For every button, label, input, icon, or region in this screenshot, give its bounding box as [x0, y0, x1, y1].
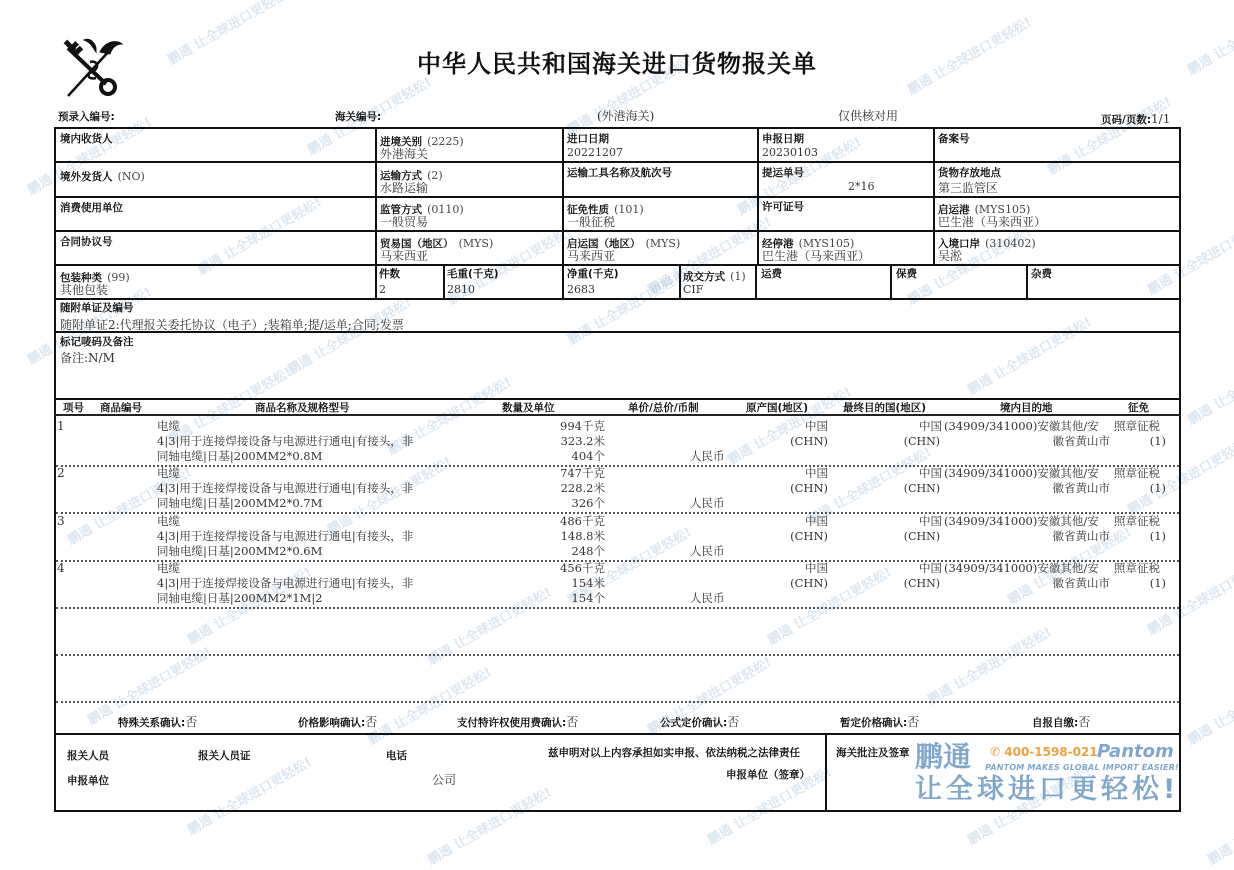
col-levy: 征免	[1128, 400, 1149, 415]
pieces-label: 件数	[379, 266, 400, 281]
brand-tagline: PANTOM MAKES GLOBAL IMPORT EASIER!	[985, 763, 1179, 772]
levy: 照章征税	[1114, 466, 1160, 482]
col-price: 单价/总价/币制	[628, 400, 699, 415]
domestic-dest-2: 徽省黄山市	[990, 576, 1110, 592]
gross-weight-label: 毛重(千克)	[447, 266, 499, 281]
spec-line-2: 同轴电缆|日基|200MM2*1M|2	[157, 591, 323, 607]
page-value: 1/1	[1151, 112, 1170, 126]
pre-entry-no-label: 预录入编号:	[58, 109, 115, 124]
currency: 人民币	[690, 449, 725, 465]
pieces-value: 2	[379, 283, 386, 296]
domestic-dest-2: 徽省黄山市	[990, 529, 1110, 545]
qty-m: 323.2米	[530, 434, 605, 450]
declaring-unit-value: 公司	[432, 771, 456, 788]
levy-code: (1)	[1114, 434, 1166, 450]
verify-note: 仅供核对用	[838, 107, 898, 124]
deal-mode-value: CIF	[683, 283, 703, 296]
import-date-value: 20221207	[567, 146, 623, 159]
declarant-cert-label: 报关人员证	[198, 748, 251, 763]
entry-port-value: 吴淞	[938, 247, 962, 264]
transit-port-value: 巴生港（马来西亚）	[762, 247, 870, 264]
spec-line-1: 4|3|用于连接焊接设备与电源进行通电|有接头，非	[157, 529, 413, 545]
consignor-field: 境外发货人 (NO)	[60, 165, 145, 184]
qty-pcs: 154个	[530, 591, 605, 607]
levy: 照章征税	[1114, 514, 1160, 530]
origin: 中国	[770, 419, 828, 435]
origin-country-value: 马来西亚	[567, 247, 615, 264]
origin: 中国	[770, 466, 828, 482]
gross-weight-value: 2810	[447, 283, 475, 296]
spec-line-1: 4|3|用于连接焊接设备与电源进行通电|有接头，非	[157, 434, 413, 450]
entry-customs-value: 外港海关	[380, 145, 428, 162]
supervision-value: 一般贸易	[380, 213, 428, 230]
levy: 照章征税	[1114, 561, 1160, 577]
qty-m: 148.8米	[530, 529, 605, 545]
legal-statement: 兹申明对以上内容承担如实申报、依法纳税之法律责任	[548, 745, 800, 760]
phone-icon: ✆	[990, 745, 1000, 759]
attached-docs-label: 随附单证及编号	[60, 300, 134, 315]
license-label: 许可证号	[762, 199, 804, 214]
product-name: 电缆	[157, 561, 180, 577]
domestic-dest-2: 徽省黄山市	[990, 434, 1110, 450]
item-no: 3	[57, 514, 65, 528]
brand-name-cn: 鹏通	[915, 742, 971, 772]
qty-kg: 486千克	[530, 514, 605, 530]
spec-line-1: 4|3|用于连接焊接设备与电源进行通电|有接头，非	[157, 576, 413, 592]
currency: 人民币	[690, 591, 725, 607]
qty-kg: 747千克	[530, 466, 605, 482]
confirm-royalty: 支付特许权使用费确认:否	[457, 711, 578, 730]
domestic-dest-1: (34909/341000)安徽其他/安	[944, 466, 1099, 482]
page-indicator: 页码/页数:1/1	[1101, 108, 1170, 127]
transport-mode-value: 水路运输	[380, 179, 428, 196]
qty-m: 154米	[530, 576, 605, 592]
origin-code: (CHN)	[770, 434, 828, 450]
deal-mode-field: 成交方式 (1)	[683, 265, 746, 284]
product-name: 电缆	[157, 514, 180, 530]
col-name-spec: 商品名称及规格型号	[255, 400, 350, 415]
consumer-label: 消费使用单位	[60, 200, 123, 215]
page-label: 页码/页数:	[1101, 114, 1151, 126]
qty-pcs: 404个	[530, 449, 605, 465]
brand-slogan: 让全球进口更轻松!	[915, 775, 1179, 805]
origin-code: (CHN)	[770, 576, 828, 592]
qty-pcs: 248个	[530, 544, 605, 560]
product-name: 电缆	[157, 419, 180, 435]
domestic-dest-1: (34909/341000)安徽其他/安	[944, 514, 1099, 530]
domestic-dest-2: 徽省黄山市	[990, 481, 1110, 497]
freight-label: 运费	[761, 266, 782, 281]
exemption-value: 一般征税	[567, 213, 615, 230]
currency: 人民币	[690, 544, 725, 560]
import-date-label: 进口日期	[567, 131, 609, 146]
bill-no-label: 提运单号	[762, 165, 804, 180]
levy-code: (1)	[1114, 481, 1166, 497]
currency: 人民币	[690, 496, 725, 512]
confirm-provisional-price: 暂定价格确认:否	[840, 711, 919, 730]
qty-kg: 456千克	[530, 561, 605, 577]
record-no-label: 备案号	[938, 131, 970, 146]
package-type-value: 其他包装	[60, 281, 108, 298]
confirm-price-influence: 价格影响确认:否	[298, 711, 377, 730]
brand-name-en: Pantom	[1097, 741, 1174, 762]
misc-fee-label: 杂费	[1031, 266, 1052, 281]
destination-code: (CHN)	[870, 529, 940, 545]
contract-label: 合同协议号	[60, 234, 113, 249]
net-weight-value: 2683	[567, 283, 595, 296]
destination-code: (CHN)	[870, 434, 940, 450]
declare-date-label: 申报日期	[762, 131, 804, 146]
spec-line-2: 同轴电缆|日基|200MM2*0.6M	[157, 544, 322, 560]
destination: 中国	[870, 419, 942, 435]
col-domestic-dest: 境内目的地	[1000, 400, 1053, 415]
marks-value: 备注:N/M	[60, 349, 115, 366]
spec-line-2: 同轴电缆|日基|200MM2*0.7M	[157, 496, 322, 512]
destination-code: (CHN)	[870, 576, 940, 592]
signature-label: 申报单位（签章）	[726, 767, 810, 782]
phone-label: 电话	[386, 748, 407, 763]
storage-label: 货物存放地点	[938, 165, 1001, 180]
declaring-unit-label: 申报单位	[67, 773, 109, 788]
marks-label: 标记唛码及备注	[60, 334, 134, 349]
origin: 中国	[770, 514, 828, 530]
item-no: 2	[57, 466, 65, 480]
row-divider	[56, 607, 1179, 609]
document-title: 中华人民共和国海关进口货物报关单	[0, 44, 1234, 79]
storage-value: 第三监管区	[938, 179, 998, 196]
departure-port-value: 巴生港（马来西亚）	[938, 213, 1046, 230]
destination: 中国	[870, 514, 942, 530]
watermark: 鹏通 让全球进口更轻松!	[1186, 666, 1234, 748]
destination: 中国	[870, 561, 942, 577]
domestic-dest-1: (34909/341000)安徽其他/安	[944, 419, 1099, 435]
levy: 照章征税	[1114, 419, 1160, 435]
qty-kg: 994千克	[530, 419, 605, 435]
trade-country-value: 马来西亚	[380, 247, 428, 264]
watermark: 鹏通 让全球进口更轻松!	[1186, 346, 1234, 428]
net-weight-label: 净重(千克)	[567, 266, 619, 281]
insurance-label: 保费	[896, 266, 917, 281]
item-no: 1	[57, 419, 65, 433]
col-item-no: 项号	[63, 400, 84, 415]
domestic-dest-1: (34909/341000)安徽其他/安	[944, 561, 1099, 577]
levy-code: (1)	[1114, 576, 1166, 592]
spec-line-1: 4|3|用于连接焊接设备与电源进行通电|有接头，非	[157, 481, 413, 497]
qty-m: 228.2米	[530, 481, 605, 497]
origin-code: (CHN)	[770, 481, 828, 497]
declarant-label: 报关人员	[67, 748, 109, 763]
origin-code: (CHN)	[770, 529, 828, 545]
col-hs-code: 商品编号	[100, 400, 142, 415]
col-quantity: 数量及单位	[502, 400, 555, 415]
watermark: 鹏通 让全球进口更轻松!	[1206, 786, 1234, 868]
customs-no-label: 海关编号:	[335, 109, 381, 124]
product-name: 电缆	[157, 466, 180, 482]
origin: 中国	[770, 561, 828, 577]
bill-no-value: 2*16	[848, 180, 875, 193]
col-origin: 原产国(地区)	[746, 400, 808, 415]
brand-phone: ✆ 400-1598-021	[990, 745, 1098, 759]
confirm-special-relation: 特殊关系确认:否	[118, 711, 197, 730]
attached-docs-value: 随附单证2:代理报关委托协议（电子）;装箱单;提/运单;合同;发票	[60, 316, 404, 333]
item-no: 4	[57, 561, 65, 575]
destination-code: (CHN)	[870, 481, 940, 497]
qty-pcs: 326个	[530, 496, 605, 512]
customs-office-note: (外港海关)	[597, 107, 654, 124]
consignee-label: 境内收货人	[60, 131, 113, 146]
confirm-self-declare: 自报自缴:否	[1032, 711, 1090, 730]
declare-date-value: 20230103	[762, 146, 818, 159]
confirm-formula-pricing: 公式定价确认:否	[660, 711, 739, 730]
customs-approval-label: 海关批注及签章	[836, 745, 910, 760]
levy-code: (1)	[1114, 529, 1166, 545]
col-destination: 最终目的国(地区)	[843, 400, 926, 415]
destination: 中国	[870, 466, 942, 482]
vessel-label: 运输工具名称及航次号	[567, 165, 672, 180]
spec-line-2: 同轴电缆|日基|200MM2*0.8M	[157, 449, 322, 465]
